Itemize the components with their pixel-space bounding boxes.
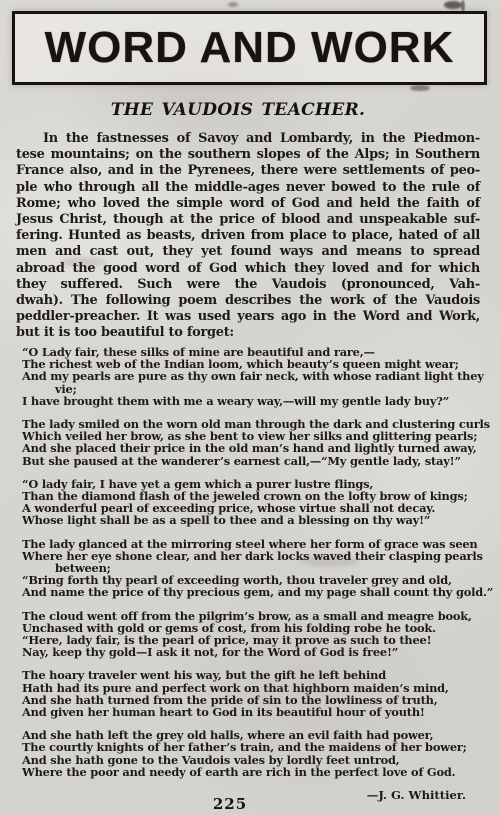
intro-line: abroad the good word of God which they l… bbox=[16, 261, 480, 277]
poem-line: vie; bbox=[22, 383, 472, 395]
poem-stanza: “O lady fair, I have yet a gem which a p… bbox=[22, 478, 472, 527]
intro-line: they suffered. Such were the Vaudois (pr… bbox=[16, 277, 480, 293]
poem-line: And my pearls are pure as thy own fair n… bbox=[22, 370, 472, 382]
intro-line: ple who through all the middle-ages neve… bbox=[16, 180, 480, 196]
poem-line: Nay, keep thy gold—I ask it not, for the… bbox=[22, 646, 472, 658]
intro-line: In the fastnesses of Savoy and Lombardy,… bbox=[16, 131, 480, 147]
intro-line: dwah). The following poem describes the … bbox=[16, 293, 480, 309]
poem-stanza: The cloud went off from the pilgrim’s br… bbox=[22, 610, 472, 659]
poem-line: The hoary traveler went his way, but the… bbox=[22, 669, 472, 681]
intro-line: men and cast out, they yet found ways an… bbox=[16, 244, 480, 260]
page-number: 225 bbox=[0, 795, 460, 813]
poem-line: And she placed their price in the old ma… bbox=[22, 442, 472, 454]
poem-line: Where the poor and needy of earth are ri… bbox=[22, 766, 472, 778]
poem-line: The lady glanced at the mirroring steel … bbox=[22, 538, 472, 550]
intro-line: Rome; who loved the simple word of God a… bbox=[16, 196, 480, 212]
masthead-title: WORD AND WORK bbox=[45, 23, 455, 73]
poem-line: And given her human heart to God in its … bbox=[22, 706, 472, 718]
poem-stanza: “O Lady fair, these silks of mine are be… bbox=[22, 346, 472, 407]
intro-line: France also, and in the Pyrenees, there … bbox=[16, 163, 480, 179]
poem: “O Lady fair, these silks of mine are be… bbox=[22, 346, 472, 801]
poem-stanza: The lady glanced at the mirroring steel … bbox=[22, 538, 472, 599]
poem-stanza: The lady smiled on the worn old man thro… bbox=[22, 418, 472, 467]
masthead-box: WORD AND WORK bbox=[12, 11, 487, 85]
intro-line: fering. Hunted as beasts, driven from pl… bbox=[16, 228, 480, 244]
poem-line: And name the price of thy precious gem, … bbox=[22, 586, 472, 598]
poem-line: I have brought them with me a weary way,… bbox=[22, 395, 472, 407]
article-title: THE VAUDOIS TEACHER. bbox=[0, 100, 476, 120]
poem-line: The courtly knights of her father’s trai… bbox=[22, 741, 472, 753]
intro-line: peddler-preacher. It was used years ago … bbox=[16, 309, 480, 325]
scan-artifact bbox=[410, 85, 430, 91]
intro-paragraph: In the fastnesses of Savoy and Lombardy,… bbox=[16, 131, 480, 342]
intro-line: but it is too beautiful to forget: bbox=[16, 325, 480, 341]
scan-artifact bbox=[228, 2, 238, 7]
intro-line: tese mountains; on the southern slopes o… bbox=[16, 147, 480, 163]
poem-line: But she paused at the wanderer’s earnest… bbox=[22, 455, 472, 467]
poem-line: Whose light shall be as a spell to thee … bbox=[22, 514, 472, 526]
intro-line: Jesus Christ, though at the price of blo… bbox=[16, 212, 480, 228]
poem-stanza: The hoary traveler went his way, but the… bbox=[22, 669, 472, 718]
scanned-magazine-page: WORD AND WORK THE VAUDOIS TEACHER. In th… bbox=[0, 0, 500, 815]
poem-stanza: And she hath left the grey old halls, wh… bbox=[22, 729, 472, 778]
scan-artifact bbox=[444, 1, 462, 9]
